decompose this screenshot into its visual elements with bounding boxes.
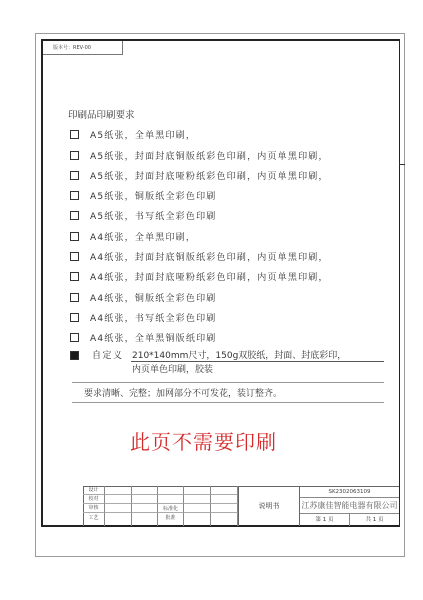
option-label: A5纸张，全单黑印刷， [90, 128, 196, 141]
option-a5-writing-full-color[interactable]: A5纸张，书写纸全彩色印刷 [70, 208, 216, 222]
option-label: A4纸张，书写纸全彩色印刷 [90, 311, 216, 324]
label-proofread: 校对 [83, 495, 105, 504]
company-name: 江苏康佳智能电器有限公司 [300, 498, 399, 514]
label-standardization: 标准化 [158, 504, 184, 513]
cell-blank [158, 495, 184, 504]
quality-requirement: 要求清晰、完整；加网部分不可发花，装订整齐。 [84, 386, 282, 399]
cell-proofread-sign [105, 495, 132, 504]
option-a5-coated-cover[interactable]: A5纸张，封面封底铜版纸彩色印刷，内页单黑印刷， [70, 148, 329, 162]
custom-spec-line-1: 210*140mm尺寸，150g双胶纸，封面、封底彩印， [132, 348, 346, 361]
option-a4-writing-full-color[interactable]: A4纸张，书写纸全彩色印刷 [70, 310, 216, 324]
page-current: 第 1 页 [300, 514, 350, 526]
label-design: 设计 [83, 486, 105, 495]
option-a5-coated-full-color[interactable]: A5纸张，铜版纸全彩色印刷 [70, 188, 216, 202]
option-label: A4纸张，全单黑铜版纸印刷 [90, 331, 216, 344]
checkbox-icon[interactable] [70, 130, 79, 139]
option-a4-mono-coated[interactable]: A4纸张，全单黑铜版纸印刷 [70, 330, 216, 344]
option-label: A5纸张，铜版纸全彩色印刷 [90, 189, 216, 202]
option-label: A5纸张，封面封底哑粉纸彩色印刷，内页单黑印刷， [90, 169, 329, 182]
cell-design-sign [105, 486, 132, 495]
option-a4-coated-cover[interactable]: A4纸张，封面封底铜版纸彩色印刷，内页单黑印刷， [70, 249, 329, 263]
checkbox-icon[interactable] [70, 272, 79, 281]
document-title: 说明书 [238, 486, 300, 526]
checkbox-icon[interactable] [70, 293, 79, 302]
checkbox-icon[interactable] [70, 232, 79, 241]
checkbox-checked-icon[interactable] [70, 351, 79, 360]
cell-design-date [132, 486, 158, 495]
margin-tick [399, 164, 405, 165]
custom-spec-line-2: 内页单色印刷，胶装 [132, 362, 213, 375]
option-a4-mono[interactable]: A4纸张，全单黑印刷， [70, 229, 196, 243]
page-total: 共 1 页 [350, 514, 399, 526]
cell-review-sign [105, 504, 132, 513]
checkbox-icon[interactable] [70, 211, 79, 220]
cell-standardization-sign [184, 504, 211, 513]
option-label: A5纸张，书写纸全彩色印刷 [90, 209, 216, 222]
divider-bottom [72, 402, 384, 403]
option-a5-mono[interactable]: A5纸张，全单黑印刷， [70, 127, 196, 141]
cell-blank [158, 486, 184, 495]
cell-blank [211, 486, 238, 495]
cell-blank [211, 495, 238, 504]
divider-top [72, 382, 384, 383]
cell-blank [184, 486, 211, 495]
option-label: A5纸张，封面封底铜版纸彩色印刷，内页单黑印刷， [90, 149, 329, 162]
checkbox-icon[interactable] [70, 333, 79, 342]
no-print-notice: 此页不需要印刷 [130, 426, 277, 455]
checkbox-icon[interactable] [70, 191, 79, 200]
checkbox-icon[interactable] [70, 313, 79, 322]
cell-blank [184, 495, 211, 504]
checkbox-icon[interactable] [70, 171, 79, 180]
option-a4-coated-full-color[interactable]: A4纸张，铜版纸全彩色印刷 [70, 290, 216, 304]
cell-process-sign [105, 513, 132, 526]
section-heading: 印刷品印刷要求 [68, 107, 135, 121]
option-label: A4纸张，铜版纸全彩色印刷 [90, 291, 216, 304]
option-a5-matte-cover[interactable]: A5纸张，封面封底哑粉纸彩色印刷，内页单黑印刷， [70, 168, 329, 182]
cell-approval-sign [184, 513, 211, 526]
option-label: A4纸张，封面封底铜版纸彩色印刷，内页单黑印刷， [90, 250, 329, 263]
option-custom[interactable] [70, 348, 90, 362]
option-a4-matte-cover[interactable]: A4纸张，封面封底哑粉纸彩色印刷，内页单黑印刷， [70, 269, 329, 283]
cell-process-date [132, 513, 158, 526]
custom-label: 自定义 [92, 348, 124, 361]
checkbox-icon[interactable] [70, 151, 79, 160]
revision-label: 版本号：REV-00 [43, 41, 123, 55]
option-label: A4纸张，全单黑印刷， [90, 230, 196, 243]
cell-proofread-date [132, 495, 158, 504]
cell-review-date [132, 504, 158, 513]
label-review: 审核 [83, 504, 105, 513]
cell-approval-date [211, 513, 238, 526]
option-label: A4纸张，封面封底哑粉纸彩色印刷，内页单黑印刷， [90, 270, 329, 283]
label-approval: 批准 [158, 513, 184, 526]
checkbox-icon[interactable] [70, 252, 79, 261]
document-code: SK2302063109 [300, 486, 399, 498]
label-process: 工艺 [83, 513, 105, 526]
cell-standardization-date [211, 504, 238, 513]
